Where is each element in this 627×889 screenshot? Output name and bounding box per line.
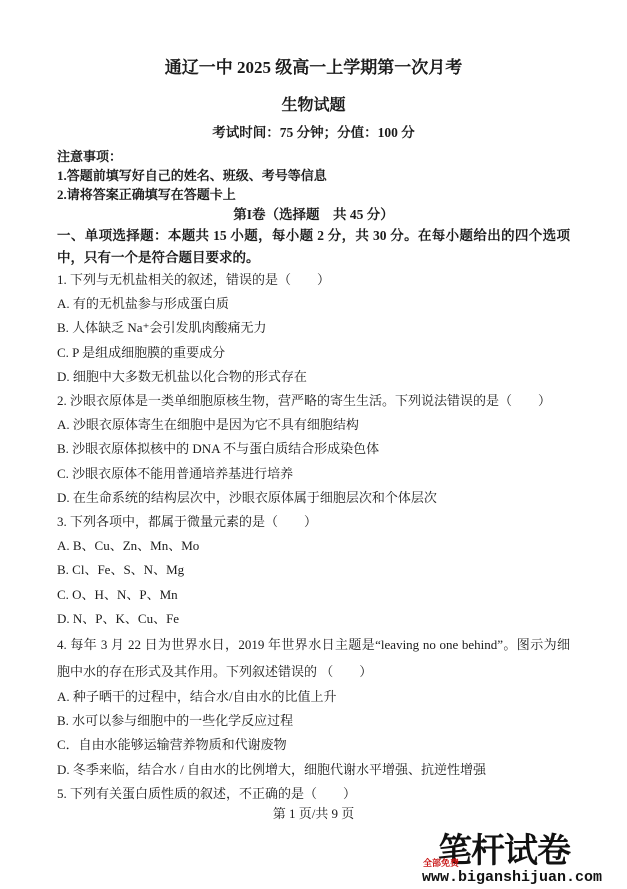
question-block: 1. 下列与无机盐相关的叙述，错误的是（ ） A. 有的无机盐参与形成蛋白质 B… xyxy=(57,268,570,389)
question-stem: 3. 下列各项中，都属于微量元素的是（ ） xyxy=(57,510,570,534)
option-item: B. 水可以参与细胞中的一些化学反应过程 xyxy=(57,709,570,733)
option-item: B. 人体缺乏 Na⁺会引发肌肉酸痛无力 xyxy=(57,316,570,340)
question-block: 5. 下列有关蛋白质性质的叙述，不正确的是（ ） xyxy=(57,782,570,806)
option-item: C. O、H、N、P、Mn xyxy=(57,583,570,607)
option-item: C. 沙眼衣原体不能用普通培养基进行培养 xyxy=(57,462,570,486)
section-title: 第I卷（选择题 共 45 分） xyxy=(57,204,570,225)
option-item: C．自由水能够运输营养物质和代谢废物 xyxy=(57,733,570,757)
option-item: A. 沙眼衣原体寄生在细胞中是因为它不具有细胞结构 xyxy=(57,413,570,437)
watermark-url: www.biganshijuan.com xyxy=(422,869,620,886)
question-stem: 5. 下列有关蛋白质性质的叙述，不正确的是（ ） xyxy=(57,782,570,806)
subject-title: 生物试题 xyxy=(57,95,570,117)
notes-heading: 注意事项： xyxy=(57,147,570,166)
publisher-watermark: 笔杆试卷 全部免费 www.biganshijuan.com xyxy=(422,833,620,886)
watermark-brand-name: 笔杆试卷 xyxy=(438,833,620,869)
question-stem: 2. 沙眼衣原体是一类单细胞原核生物，营严略的寄生生活。下列说法错误的是（ ） xyxy=(57,389,570,413)
page-title: 通辽一中 2025 级高一上学期第一次月考 xyxy=(57,56,570,80)
question-stem: 4. 每年 3 月 22 日为世界水日，2019 年世界水日主题是“leavin… xyxy=(57,631,570,685)
option-item: D. 细胞中大多数无机盐以化合物的形式存在 xyxy=(57,365,570,389)
option-item: D. N、P、K、Cu、Fe xyxy=(57,607,570,631)
option-item: D. 冬季来临，结合水 / 自由水的比例增大，细胞代谢水平增强、抗逆性增强 xyxy=(57,758,570,782)
exam-meta: 考试时间：75 分钟；分值：100 分 xyxy=(57,124,570,142)
option-item: A. 种子晒干的过程中，结合水/自由水的比值上升 xyxy=(57,685,570,709)
option-item: D. 在生命系统的结构层次中，沙眼衣原体属于细胞层次和个体层次 xyxy=(57,486,570,510)
exam-paper-page: 通辽一中 2025 级高一上学期第一次月考 生物试题 考试时间：75 分钟；分值… xyxy=(0,0,627,889)
page-number: 第 1 页/共 9 页 xyxy=(0,806,627,822)
question-block: 2. 沙眼衣原体是一类单细胞原核生物，营严略的寄生生活。下列说法错误的是（ ） … xyxy=(57,389,570,510)
option-item: B. Cl、Fe、S、N、Mg xyxy=(57,558,570,582)
question-stem: 1. 下列与无机盐相关的叙述，错误的是（ ） xyxy=(57,268,570,292)
section-instruction: 一、单项选择题：本题共 15 小题，每小题 2 分，共 30 分。在每小题给出的… xyxy=(57,225,570,268)
note-item: 2.请将答案正确填写在答题卡上 xyxy=(57,185,570,204)
question-block: 4. 每年 3 月 22 日为世界水日，2019 年世界水日主题是“leavin… xyxy=(57,631,570,782)
note-item: 1.答题前填写好自己的姓名、班级、考号等信息 xyxy=(57,166,570,185)
question-block: 3. 下列各项中，都属于微量元素的是（ ） A. B、Cu、Zn、Mn、Mo B… xyxy=(57,510,570,631)
option-item: C. P 是组成细胞膜的重要成分 xyxy=(57,341,570,365)
option-item: A. 有的无机盐参与形成蛋白质 xyxy=(57,292,570,316)
option-item: B. 沙眼衣原体拟核中的 DNA 不与蛋白质结合形成染色体 xyxy=(57,437,570,461)
watermark-free-badge: 全部免费 xyxy=(423,858,459,868)
option-item: A. B、Cu、Zn、Mn、Mo xyxy=(57,534,570,558)
